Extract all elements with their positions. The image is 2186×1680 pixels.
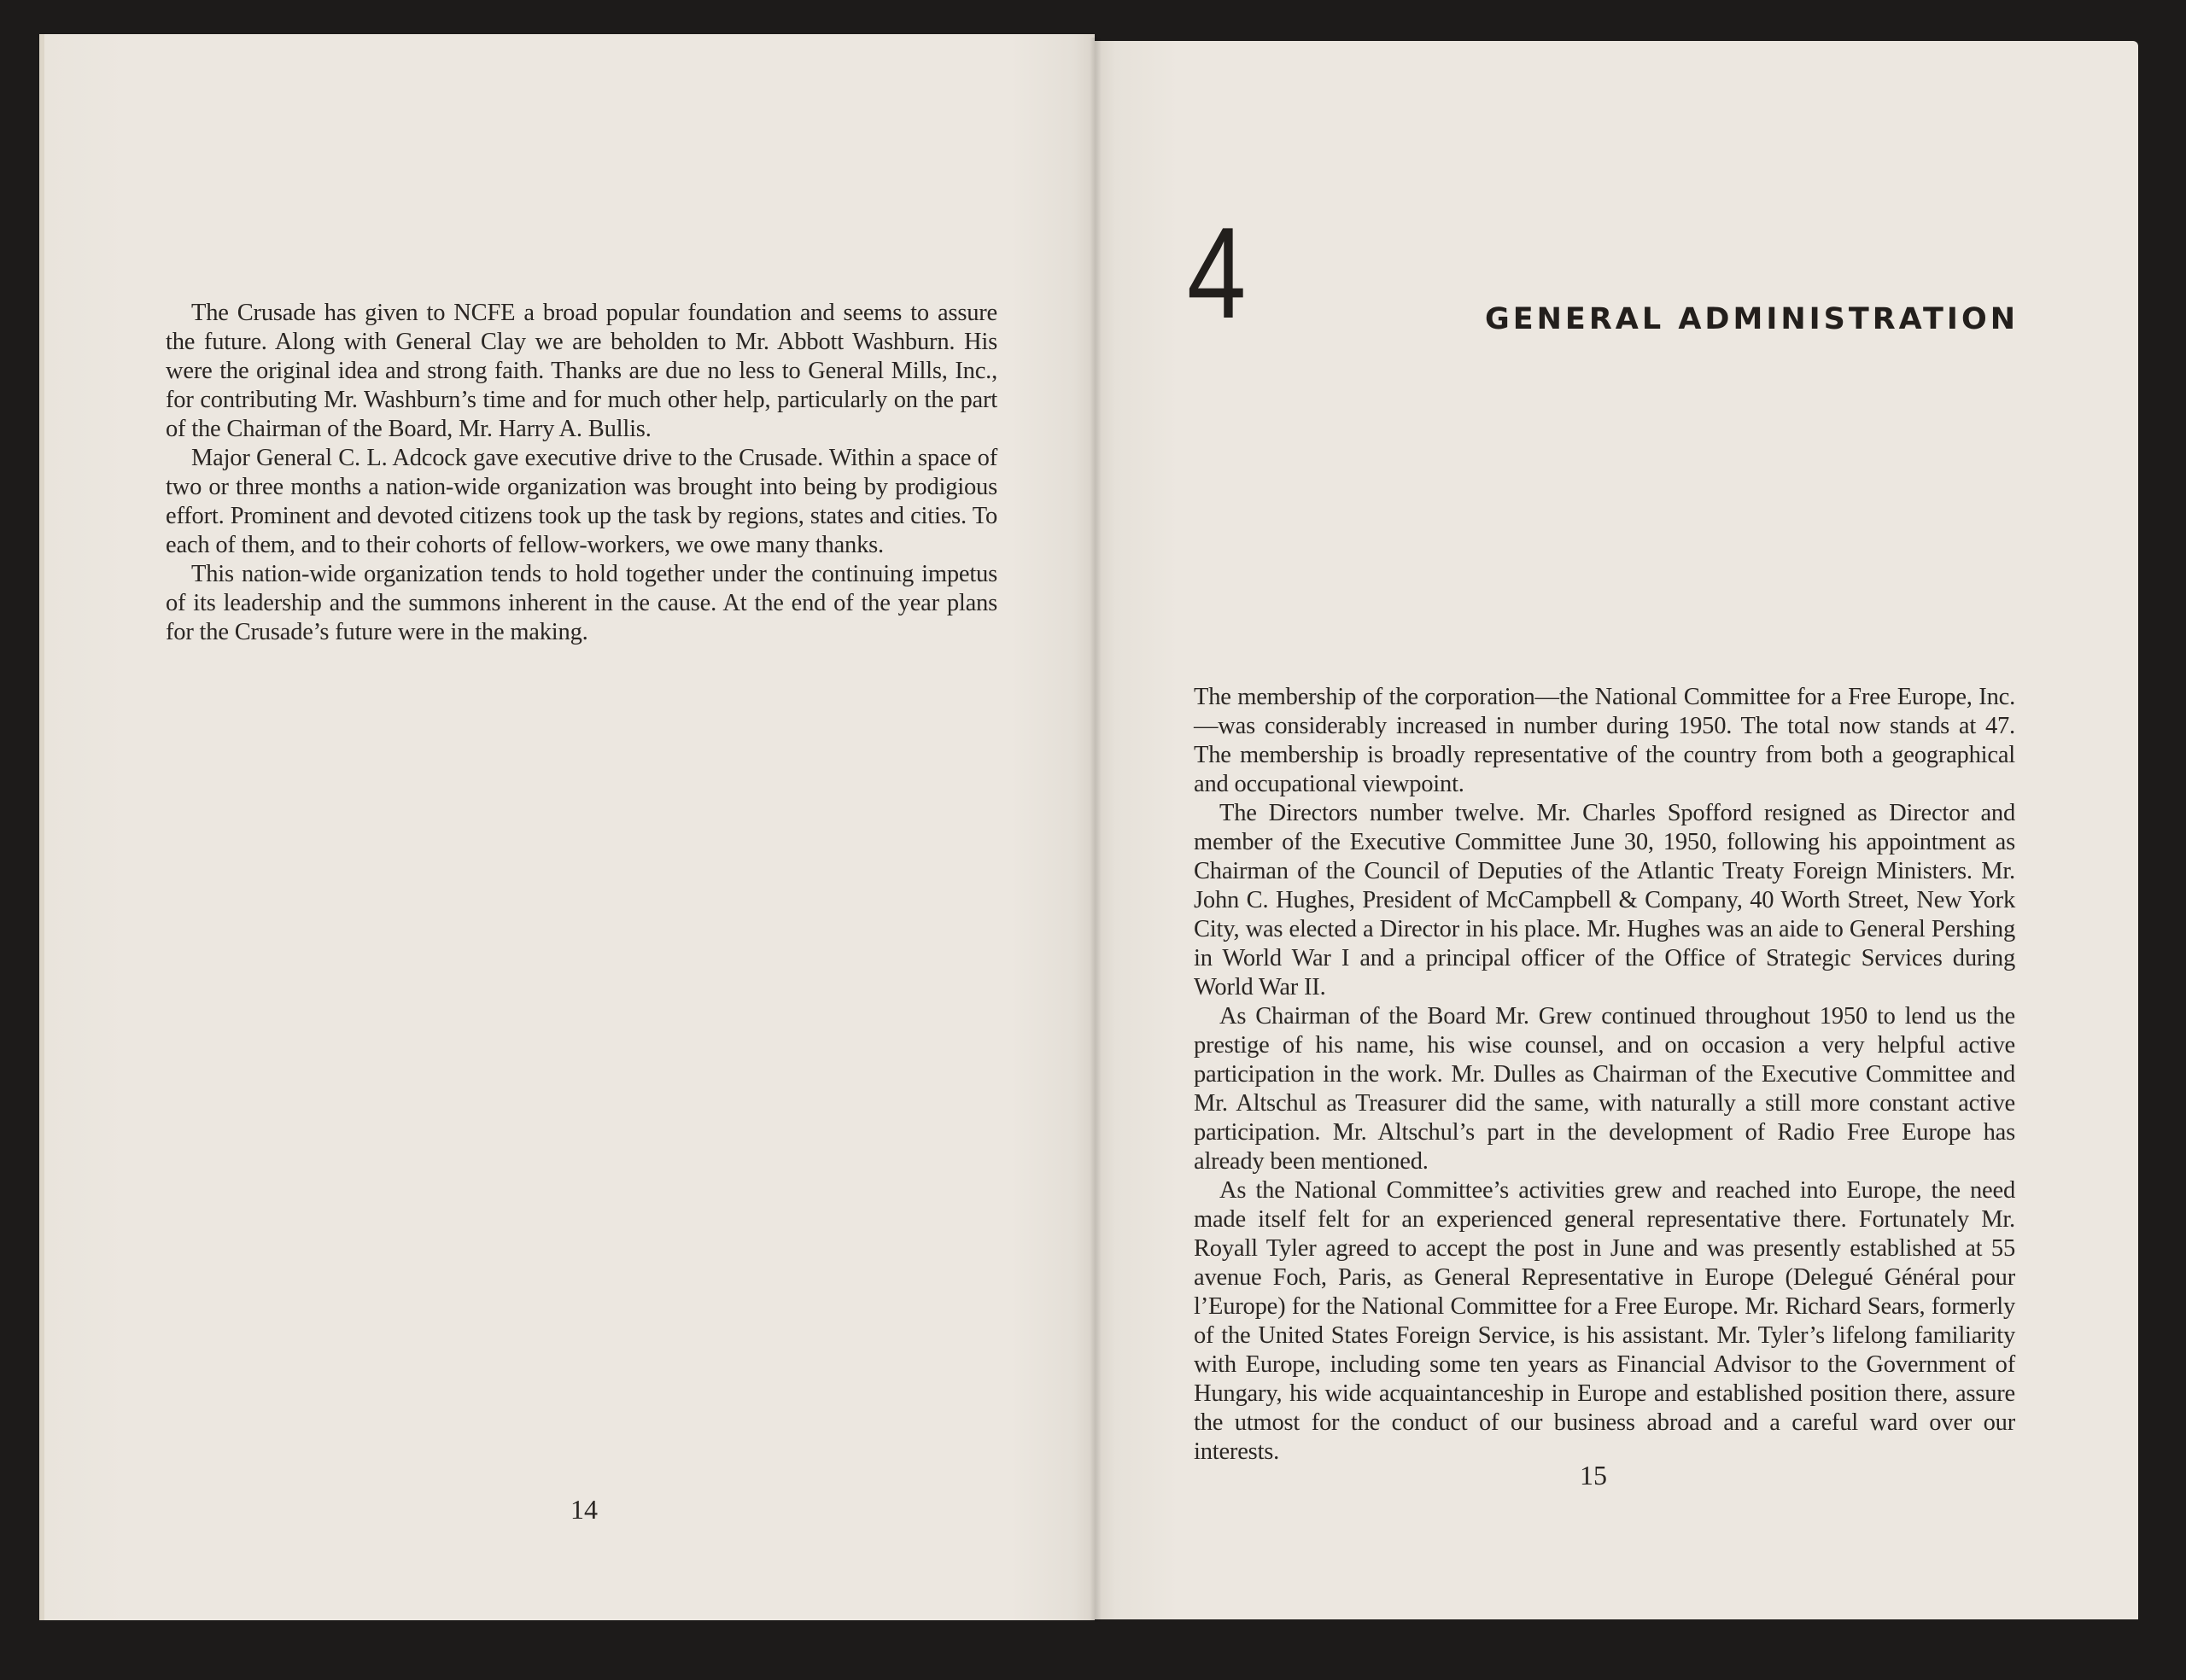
paragraph: The Crusade has given to NCFE a broad po…	[166, 299, 997, 444]
paragraph: Major General C. L. Adcock gave executiv…	[166, 444, 997, 560]
right-page-body: The membership of the corporation—the Na…	[1194, 683, 2015, 1467]
paragraph: As Chairman of the Board Mr. Grew contin…	[1194, 1002, 2015, 1176]
chapter-number: 4	[1187, 208, 1246, 338]
page-number: 14	[570, 1494, 598, 1525]
paragraph: The Directors number twelve. Mr. Charles…	[1194, 799, 2015, 1002]
left-page-body: The Crusade has given to NCFE a broad po…	[166, 299, 997, 647]
page-number: 15	[1580, 1460, 1607, 1491]
paragraph: As the National Committee’s activities g…	[1194, 1176, 2015, 1467]
paragraph: The membership of the corporation—the Na…	[1194, 683, 2015, 799]
book-gutter	[1090, 38, 1102, 1622]
right-page: 4 GENERAL ADMINISTRATION The membership …	[1095, 41, 2138, 1619]
chapter-title: GENERAL ADMINISTRATION	[1485, 302, 2019, 336]
paragraph: This nation-wide organization tends to h…	[166, 560, 997, 647]
left-page: The Crusade has given to NCFE a broad po…	[39, 34, 1095, 1620]
